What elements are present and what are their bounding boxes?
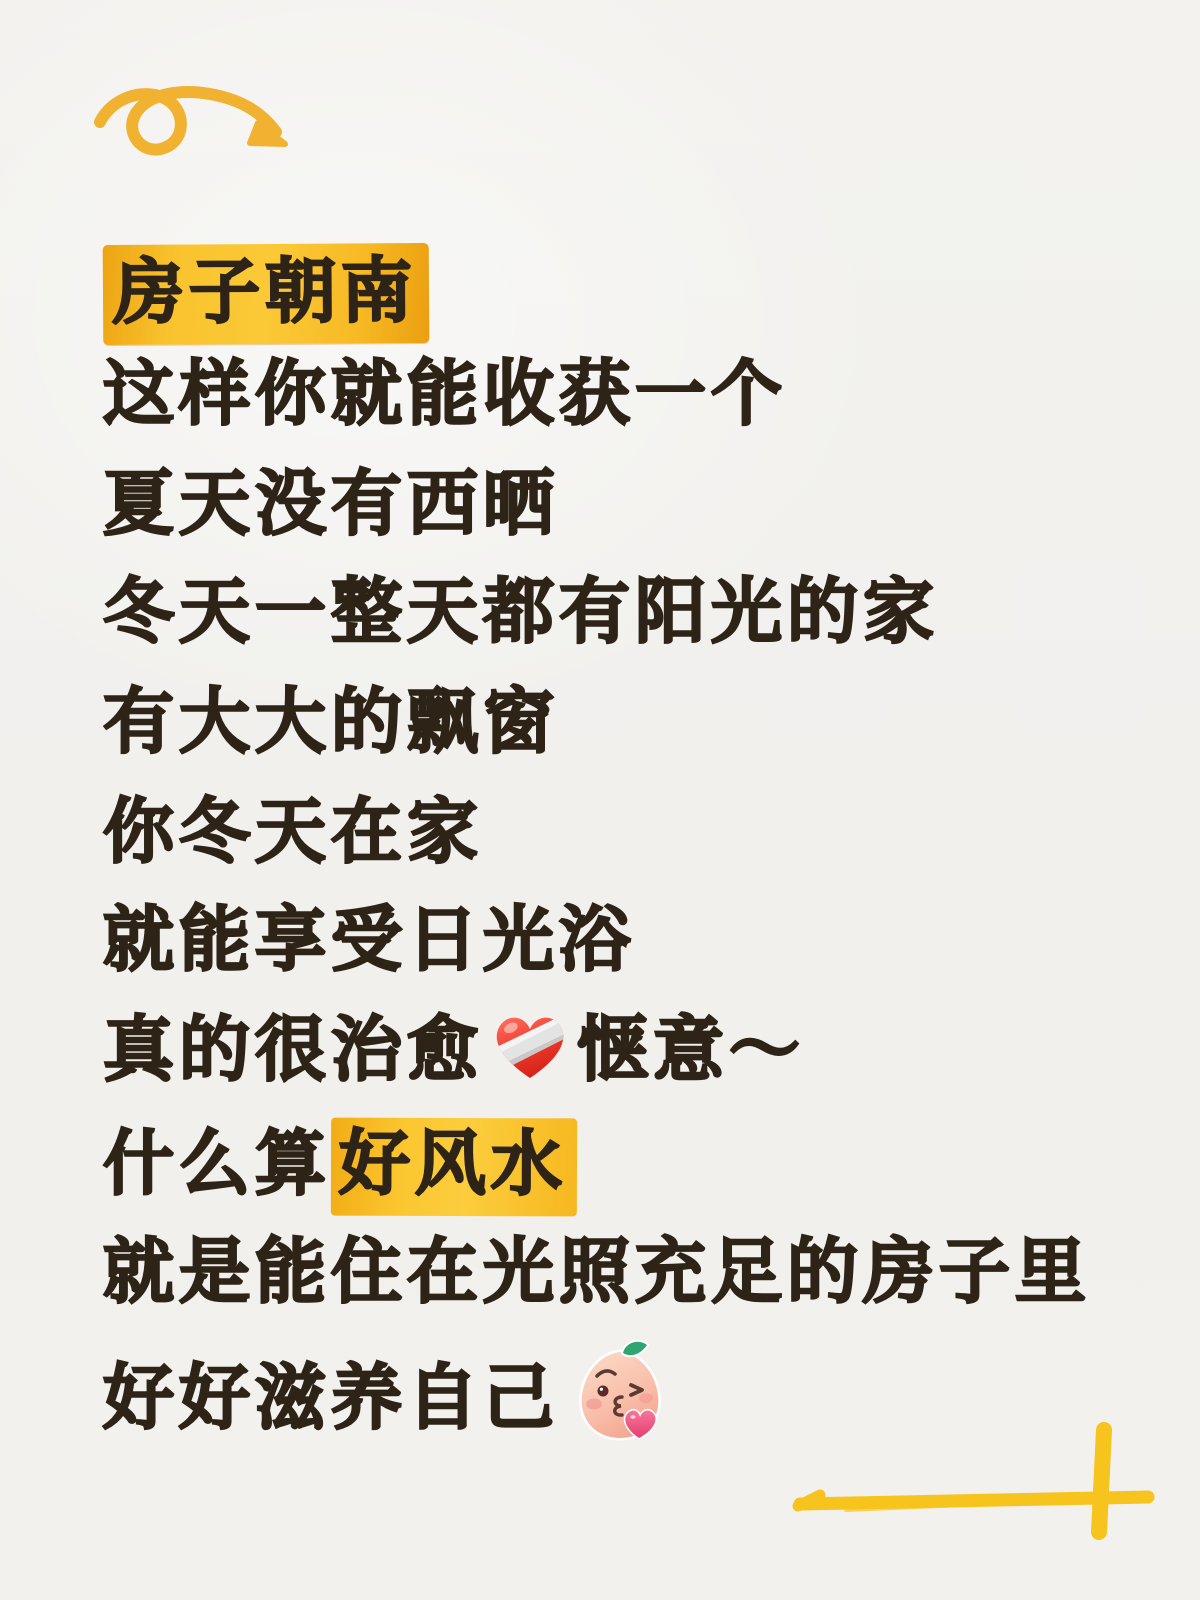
text-line: 有大大的飘窗 [103,680,559,764]
text-line-with-heart: 真的很治愈 惬意～ [103,1008,805,1092]
text-segment: 有大大的飘窗 [103,680,559,763]
peach-kiss-icon [567,1338,673,1450]
text-line: 就能享受日光浴 [103,898,635,982]
mending-heart-icon [487,1008,573,1086]
text-line: 这样你就能收获一个 [103,352,787,436]
text-segment: 真的很治愈 [103,1008,483,1091]
title-line: 房子朝南 [103,244,429,344]
text-segment: 惬意～ [577,1008,805,1091]
text-segment: 就能享受日光浴 [103,898,635,981]
text-line: 冬天一整天都有阳光的家 [103,570,939,654]
highlighted-text-title: 房子朝南 [103,243,430,345]
text-line-with-highlight: 什么算好风水 [103,1118,577,1216]
text-segment: 什么算 [103,1122,331,1205]
text-line: 夏天没有西晒 [103,462,559,546]
text-line: 就是能住在光照充足的房子里 [103,1230,1091,1314]
text-line: 你冬天在家 [103,790,483,874]
text-segment: 夏天没有西晒 [103,462,559,545]
text-segment: 冬天一整天都有阳光的家 [103,570,939,653]
poster-page: 房子朝南 这样你就能收获一个 夏天没有西晒 冬天一整天都有阳光的家 有大大的飘窗… [0,0,1200,1600]
text-segment: 这样你就能收获一个 [103,352,787,435]
curly-arrow-icon [88,80,303,185]
text-segment: 就是能住在光照充足的房子里 [103,1230,1091,1313]
highlighted-text-fengshui: 好风水 [331,1118,577,1217]
brush-underline-icon [786,1418,1166,1542]
text-line-with-peach: 好好滋养自己 [103,1338,673,1450]
text-segment: 你冬天在家 [103,790,483,873]
text-segment: 好好滋养自己 [103,1356,559,1439]
